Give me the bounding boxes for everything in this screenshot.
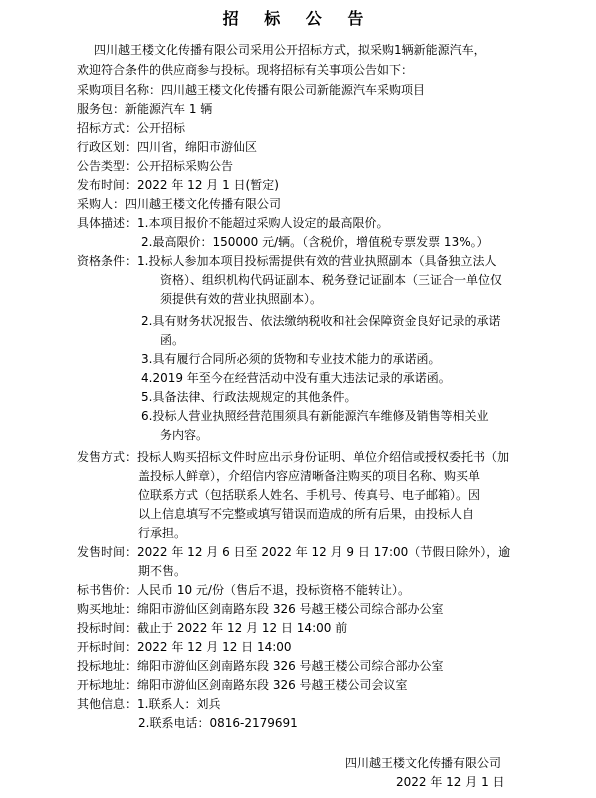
section-label: 资格条件： xyxy=(77,254,137,268)
field-value: 人民币 10 元/份（售后不退，投标资格不能转让）。 xyxy=(137,583,410,597)
sale-method-line: 以上信息填写不完整或填写错误而造成的所有后果，由投标人自 xyxy=(138,506,474,522)
section-label: 发售方式： xyxy=(77,450,137,464)
qualification-item: 4.2019 年至今在经营活动中没有重大违法记录的承诺函。 xyxy=(141,370,451,386)
field-purchaser: 采购人：四川越王楼文化传播有限公司 xyxy=(77,196,281,212)
field-value: 公开招标采购公告 xyxy=(137,159,233,173)
field-value: 2022 年 12 月 12 日 14:00 xyxy=(137,640,292,654)
field-label: 行政区划： xyxy=(77,140,137,154)
detail-open-address: 开标地址：绵阳市游仙区剑南路东段 326 号越王楼公司会议室 xyxy=(77,677,408,693)
other-info-row: 其他信息：1.联系人：刘兵 xyxy=(77,696,220,712)
qualification-item: 6.投标人营业执照经营范围须具有新能源汽车维修及销售等相关业 xyxy=(141,408,488,424)
sale-time-line: 期不售。 xyxy=(138,563,186,579)
sale-time-line: 2022 年 12 月 6 日至 2022 年 12 月 9 日 17:00（节… xyxy=(137,545,510,559)
section-label: 具体描述： xyxy=(77,216,137,230)
field-value: 绵阳市游仙区剑南路东段 326 号越王楼公司综合部办公室 xyxy=(137,659,444,673)
field-value: 公开招标 xyxy=(137,121,185,135)
page-title: 招 标 公 告 xyxy=(0,6,596,29)
sale-method-line: 盖投标人鲜章），介绍信内容应清晰备注购买的项目名称、购买单 xyxy=(138,468,480,484)
intro-line-2: 欢迎符合条件的供应商参与投标。现将招标有关事项公告如下： xyxy=(77,62,413,78)
field-value: 四川省，绵阳市游仙区 xyxy=(137,140,257,154)
field-label: 采购人： xyxy=(77,197,125,211)
sale-method-row: 发售方式：投标人购买招标文件时应出示身份证明、单位介绍信或授权委托书（加 xyxy=(77,449,509,465)
field-region: 行政区划：四川省，绵阳市游仙区 xyxy=(77,139,257,155)
detail-bid-time: 投标时间：截止于 2022 年 12 月 12 日 14:00 前 xyxy=(77,620,347,636)
field-label: 开标时间： xyxy=(77,640,137,654)
field-label: 投标时间： xyxy=(77,621,137,635)
detail-price: 标书售价：人民币 10 元/份（售后不退，投标资格不能转让）。 xyxy=(77,582,410,598)
description-item: 1.本项目报价不能超过采购人设定的最高限价。 xyxy=(137,216,388,230)
sale-method-line: 位联系方式（包括联系人姓名、手机号、传真号、电子邮箱）。因 xyxy=(138,487,480,503)
field-label: 投标地址： xyxy=(77,659,137,673)
sale-method-line: 行承担。 xyxy=(138,525,186,541)
intro-line-1: 四川越王楼文化传播有限公司采用公开招标方式，拟采购1辆新能源汽车， xyxy=(94,42,486,58)
field-value: 2022 年 12 月 1 日(暂定) xyxy=(137,178,279,192)
field-value: 绵阳市游仙区剑南路东段 326 号越王楼公司会议室 xyxy=(137,678,408,692)
field-service-pack: 服务包：新能源汽车 1 辆 xyxy=(77,101,212,117)
qualification-item: 1.投标人参加本项目投标需提供有效的营业执照副本（具备独立法人 xyxy=(137,254,496,268)
signature-company: 四川越王楼文化传播有限公司 xyxy=(345,755,501,771)
detail-bid-address: 投标地址：绵阳市游仙区剑南路东段 326 号越王楼公司综合部办公室 xyxy=(77,658,444,674)
other-item: 2.联系电话：0816-2179691 xyxy=(138,715,298,731)
field-value: 新能源汽车 1 辆 xyxy=(125,102,212,116)
field-notice-type: 公告类型：公开招标采购公告 xyxy=(77,158,233,174)
qualification-row: 资格条件：1.投标人参加本项目投标需提供有效的营业执照副本（具备独立法人 xyxy=(77,253,496,269)
field-value: 截止于 2022 年 12 月 12 日 14:00 前 xyxy=(137,621,347,635)
qualification-cont: 函。 xyxy=(160,332,184,348)
qualification-cont: 须提供有效的营业执照副本）。 xyxy=(160,291,322,307)
field-value: 四川越王楼文化传播有限公司 xyxy=(125,197,281,211)
qualification-item: 2.具有财务状况报告、依法缴纳税收和社会保障资金良好记录的承诺 xyxy=(141,313,500,329)
field-value: 四川越王楼文化传播有限公司新能源汽车采购项目 xyxy=(161,83,425,97)
field-value: 绵阳市游仙区剑南路东段 326 号越王楼公司综合部办公室 xyxy=(137,602,444,616)
field-label: 采购项目名称： xyxy=(77,83,161,97)
field-publish-time: 发布时间：2022 年 12 月 1 日(暂定) xyxy=(77,177,279,193)
signature-date: 2022 年 12 月 1 日 xyxy=(396,774,505,790)
field-project-name: 采购项目名称：四川越王楼文化传播有限公司新能源汽车采购项目 xyxy=(77,82,425,98)
field-label: 服务包： xyxy=(77,102,125,116)
sale-method-line: 投标人购买招标文件时应出示身份证明、单位介绍信或授权委托书（加 xyxy=(137,450,509,464)
qualification-item: 3.具有履行合同所必须的货物和专业技术能力的承诺函。 xyxy=(141,351,440,367)
field-label: 标书售价： xyxy=(77,583,137,597)
section-label: 发售时间： xyxy=(77,545,137,559)
qualification-cont: 资格）、组织机构代码证副本、税务登记证副本（三证合一单位仅 xyxy=(160,272,502,288)
detail-open-time: 开标时间：2022 年 12 月 12 日 14:00 xyxy=(77,639,292,655)
qualification-cont: 务内容。 xyxy=(160,427,208,443)
field-label: 发布时间： xyxy=(77,178,137,192)
field-label: 招标方式： xyxy=(77,121,137,135)
description-label: 具体描述：1.本项目报价不能超过采购人设定的最高限价。 xyxy=(77,215,388,231)
sale-time-row: 发售时间：2022 年 12 月 6 日至 2022 年 12 月 9 日 17… xyxy=(77,544,510,560)
detail-buy-address: 购买地址：绵阳市游仙区剑南路东段 326 号越王楼公司综合部办公室 xyxy=(77,601,444,617)
field-label: 开标地址： xyxy=(77,678,137,692)
description-item: 2.最高限价：150000 元/辆。（含税价，增值税专票发票 13%。） xyxy=(141,234,489,250)
field-label: 购买地址： xyxy=(77,602,137,616)
section-label: 其他信息： xyxy=(77,697,137,711)
field-label: 公告类型： xyxy=(77,159,137,173)
qualification-item: 5.具备法律、行政法规规定的其他条件。 xyxy=(141,389,356,405)
other-item: 1.联系人：刘兵 xyxy=(137,697,220,711)
field-method: 招标方式：公开招标 xyxy=(77,120,185,136)
